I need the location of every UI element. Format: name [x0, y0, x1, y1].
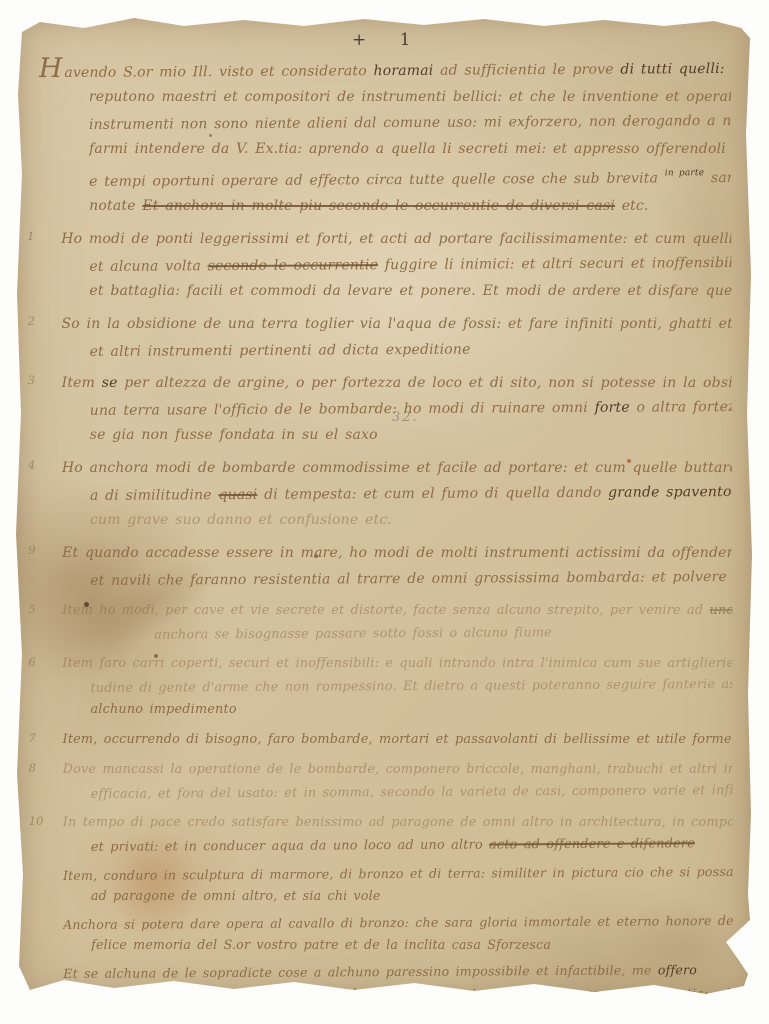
text-run: a di similitudine	[90, 487, 219, 504]
text-run: per altezza de argine, o per fortezza de…	[118, 375, 732, 391]
manuscript-line: se gia non fusse fondata in su el saxo	[90, 422, 732, 448]
text-run: in parte	[665, 168, 705, 178]
text-run: et navili che faranno resistentia al tra…	[90, 569, 732, 589]
text-run: paratissimo ad farne experimento in el p…	[91, 985, 730, 1000]
letter-paragraph: 8Dove mancassi la operatione de le bomba…	[63, 757, 733, 805]
text-run: Havendo S.or mio Ill. visto et considera…	[39, 63, 374, 81]
manuscript-line: Anchora si potera dare opera al cavallo …	[63, 910, 733, 936]
manuscript-line: Ho anchora modi de bombarde commodissime…	[62, 455, 732, 481]
manuscript-line: et altri instrumenti pertinenti ad dicta…	[89, 335, 731, 365]
letter-paragraph: 1Ho modi de ponti leggerissimi et forti,…	[61, 225, 731, 305]
margin-number: 3	[28, 373, 35, 387]
letter-paragraph: 5Item ho modi, per cave et vie secrete e…	[62, 598, 732, 646]
manuscript-line: a di similitudine quasi di tempesta: et …	[90, 479, 732, 509]
manuscript-line: reputono maestri et compositori de instr…	[89, 84, 731, 110]
manuscript-line: Et quando accadesse essere in mare, ho m…	[62, 540, 732, 566]
margin-number: 4	[28, 458, 35, 472]
text-run: forte	[595, 400, 630, 416]
text-run: uno certo	[710, 603, 733, 618]
manuscript-line: ad paragone de omni altro, et sia chi vo…	[91, 884, 733, 906]
manuscript-line: Item se per altezza de argine, o per for…	[62, 370, 732, 396]
text-run: Item faro carri coperti, securi et inoff…	[62, 656, 732, 671]
manuscript-line: instrumenti non sono niente alieni dal c…	[89, 108, 731, 138]
letter-paragraph: 10In tempo di pace credo satisfare benis…	[63, 810, 733, 858]
text-run: offero	[658, 962, 697, 977]
text-run: et privati: et in conducer aqua da uno l…	[91, 837, 489, 854]
text-run: acto ad offendere e difendere	[489, 836, 695, 852]
text-run: ad sufficientia le prove	[433, 62, 620, 79]
text-run: Item ho modi, per cave et vie secrete et…	[62, 603, 709, 618]
text-run: alchuno impedimento	[90, 702, 236, 717]
text-run: et altri instrumenti pertinenti ad dicta…	[89, 342, 470, 360]
letter-paragraph: 7Item, occurrendo di bisogno, faro bomba…	[63, 727, 733, 752]
manuscript-line: la quale humilmente quanto piu posso me …	[91, 1002, 733, 1024]
text-run: Et quando accadesse essere in mare, ho m…	[62, 545, 732, 561]
text-run: In tempo di pace credo satisfare benissi…	[63, 815, 733, 830]
letter-paragraph: Havendo S.or mio Ill. visto et considera…	[61, 53, 731, 220]
manuscript-line: Et se alchuna de le sopradicte cose a al…	[63, 959, 733, 985]
letter-paragraph: Et se alchuna de le sopradicte cose a al…	[63, 960, 733, 1024]
manuscript-line: Item, conduro in sculptura di marmore, d…	[63, 861, 733, 887]
text-run: o altra fortezza	[630, 399, 732, 416]
text-run: notate	[89, 198, 142, 214]
text-run: et battaglia: facili et commodi da levar…	[89, 283, 731, 299]
page-number-mark: + 1	[352, 30, 462, 50]
text-run: Ho modi de ponti leggerissimi et forti, …	[61, 231, 731, 247]
letter-paragraph: 4Ho anchora modi de bombarde commodissim…	[62, 454, 732, 534]
manuscript-line: So in la obsidione de una terra toglier …	[61, 311, 731, 337]
manuscript-line: tudine di gente d'arme che non rompessin…	[90, 673, 732, 700]
manuscript-line: notate Et anchora in molte piu secondo l…	[89, 193, 731, 219]
text-run: Anchora si potera dare opera al cavallo …	[63, 913, 733, 932]
text-run: di tempesta: et cum el fumo di quella da…	[257, 485, 608, 503]
letter-body: Havendo S.or mio Ill. visto et considera…	[61, 53, 733, 997]
text-run: efficacia, et fora del usato: et in somm…	[91, 782, 733, 802]
text-run: farmi intendere da V. Ex.tia: aprendo a …	[89, 141, 731, 157]
manuscript-line: anchora se bisognasse passare sotto foss…	[154, 620, 732, 647]
letter-paragraph: 6Item faro carri coperti, securi et inof…	[62, 651, 732, 722]
letter-paragraph: 3Item se per altezza de argine, o per fo…	[62, 369, 732, 449]
text-run: Dove mancassi la operatione de le bombar…	[63, 762, 733, 777]
text-run: se	[102, 375, 118, 391]
text-run: di tutti quelli: che si	[620, 61, 731, 78]
text-run: et alcuna volta	[89, 258, 207, 275]
text-run: cum grave suo danno et confusione etc.	[90, 512, 392, 528]
manuscript-line: e tempi oportuni operare ad effecto circ…	[89, 160, 731, 195]
manuscript-line: Dove mancassi la operatione de le bombar…	[63, 758, 733, 781]
margin-number: 6	[28, 655, 35, 669]
manuscript-line: farmi intendere da V. Ex.tia: aprendo a …	[89, 136, 731, 162]
manuscript-line: cum grave suo danno et confusione etc.	[90, 507, 732, 533]
manuscript-line: felice memoria del S.or vostro patre et …	[91, 933, 733, 955]
text-run: tudine di gente d'arme che non rompessin…	[90, 676, 732, 696]
manuscript-line: Ho modi de ponti leggerissimi et forti, …	[61, 226, 731, 252]
text-run: secondo le occurrentie	[208, 257, 379, 274]
text-run: quasi	[218, 487, 257, 503]
letter-paragraph: 2So in la obsidione de una terra toglier…	[61, 310, 731, 364]
margin-number: 5	[28, 602, 35, 616]
letter-paragraph: Anchora si potera dare opera al cavallo …	[63, 911, 733, 956]
text-run: So in la obsidione de una terra toglier …	[61, 316, 731, 332]
text-run: fuggire li inimici: et altri securi et i…	[378, 255, 731, 274]
text-run: Et anchora in molte piu secondo le occur…	[142, 198, 615, 214]
margin-number: 7	[29, 731, 36, 745]
manuscript-line: efficacia, et fora del usato: et in somm…	[91, 779, 733, 806]
text-run: grande spavento	[608, 484, 732, 501]
manuscript-line: una terra usare l'officio de le bombarde…	[90, 394, 732, 424]
manuscript-line: et battaglia: facili et commodi da levar…	[89, 278, 731, 304]
text-run: instrumenti non sono niente alieni dal c…	[89, 112, 731, 133]
text-run: felice memoria del S.or vostro patre et …	[91, 936, 551, 951]
text-run: etc.	[615, 198, 649, 214]
manuscript-line: Havendo S.or mio Ill. visto et considera…	[39, 52, 731, 86]
document-scan: + 1 32. Havendo S.or mio Ill. visto et c…	[0, 0, 769, 1024]
margin-number: 8	[29, 761, 36, 775]
text-run: Item, conduro in sculptura di marmore, d…	[63, 864, 733, 883]
text-run: Item	[62, 375, 102, 391]
text-run: reputono maestri et compositori de instr…	[89, 89, 731, 105]
text-run: se gia non fusse fondata in su el saxo	[90, 427, 378, 443]
margin-number: 9	[28, 543, 35, 557]
text-run: una terra usare l'officio de le bombarde…	[90, 400, 595, 419]
manuscript-line: et alcuna volta secondo le occurrentie f…	[89, 250, 731, 280]
manuscript-line: et privati: et in conducer aqua da uno l…	[91, 832, 733, 859]
manuscript-line: et navili che faranno resistentia al tra…	[90, 564, 732, 594]
text-run: horamai	[373, 63, 433, 79]
manuscript-line: Item, occurrendo di bisogno, faro bombar…	[63, 728, 733, 751]
margin-number: 1	[27, 229, 34, 243]
text-run: Et se alchuna de le sopradicte cose a al…	[63, 962, 658, 981]
text-run: Ho anchora modi de bombarde commodissime…	[62, 460, 732, 476]
manuscript-line: Item faro carri coperti, securi et inoff…	[62, 652, 732, 675]
manuscript-line: Item ho modi, per cave et vie secrete et…	[62, 599, 732, 622]
manuscript-line: In tempo di pace credo satisfare benissi…	[63, 811, 733, 834]
text-run: saranno qui disotto	[704, 169, 731, 186]
letter-paragraph: Item, conduro in sculptura di marmore, d…	[63, 862, 733, 907]
text-run: Item, occurrendo di bisogno, faro bombar…	[63, 732, 733, 747]
manuscript-line: alchuno impedimento	[90, 698, 732, 721]
margin-number: 2	[27, 314, 34, 328]
manuscript-line: paratissimo ad farne experimento in el p…	[91, 982, 733, 1004]
text-run: ad paragone de omni altro, et sia chi vo…	[91, 887, 381, 902]
manuscript-page: + 1 32. Havendo S.or mio Ill. visto et c…	[14, 14, 754, 1006]
text-run: e tempi oportuni operare ad effecto circ…	[89, 170, 665, 190]
letter-paragraph: 9Et quando accadesse essere in mare, ho …	[62, 539, 732, 593]
text-run: la quale humilmente quanto piu posso me …	[91, 1006, 488, 1023]
text-run: anchora se bisognasse passare sotto foss…	[154, 625, 552, 642]
margin-number: 10	[29, 814, 44, 828]
